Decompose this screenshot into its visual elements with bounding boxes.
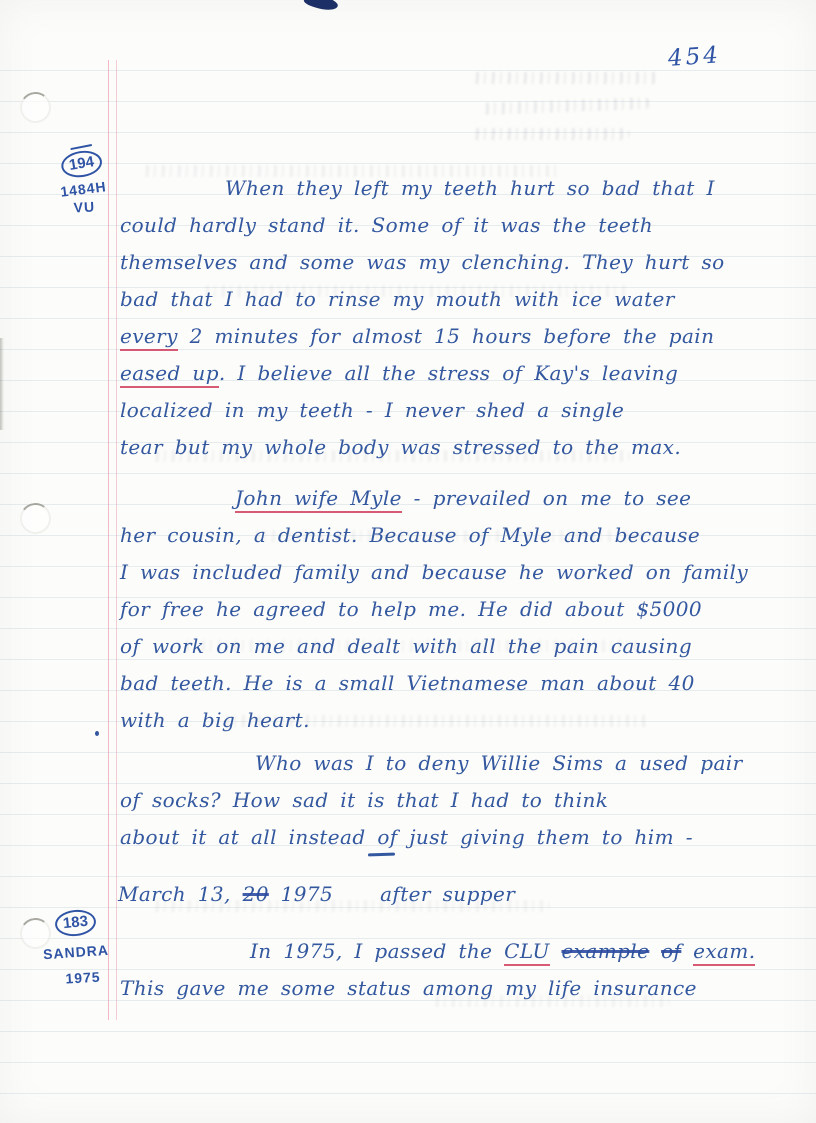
bleed-through-marks: [470, 72, 660, 84]
bleed-through-marks: [480, 97, 650, 115]
scanned-notebook-page: 454 194 1484H VU When they left my teeth…: [0, 0, 816, 1123]
margin-annotation-top: 194 1484H VU: [46, 144, 120, 217]
hole-punch: [18, 90, 53, 125]
stray-ink-dot: [95, 731, 99, 736]
circled-number-183: 183: [54, 908, 98, 938]
page-number: 454: [667, 42, 722, 72]
paragraph-dentist: John wife Myle - prevailed on me to seeh…: [120, 480, 706, 739]
paragraph-teeth-pain: When they left my teeth hurt so bad that…: [120, 170, 706, 466]
margin-ref-initials: VU: [49, 197, 120, 217]
paragraph-clu-exam: In 1975, I passed the CLU example of exa…: [120, 933, 706, 1007]
hole-punch: [18, 501, 53, 536]
circled-number-194: 194: [60, 148, 105, 180]
margin-name: SANDRA: [40, 942, 113, 963]
paragraph-socks: Who was I to deny Willie Sims a used pai…: [120, 745, 706, 856]
margin-annotation-bottom: 183 SANDRA 1975: [40, 910, 112, 986]
margin-year: 1975: [40, 968, 113, 988]
date-line: March 13, 20 1975 after supper: [118, 876, 704, 913]
scan-edge-artifact: [0, 338, 4, 430]
ink-smudge: [303, 0, 339, 14]
overline-mark: [70, 144, 92, 150]
bleed-through-marks: [470, 128, 630, 140]
